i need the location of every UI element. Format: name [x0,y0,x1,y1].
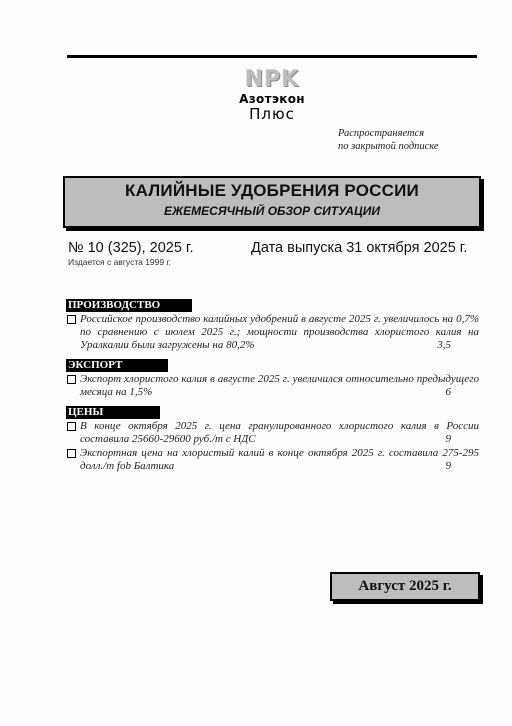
toc-item-text: Экспортная цена на хлористый калий в кон… [80,447,479,473]
toc-item[interactable]: Экспортная цена на хлористый калий в кон… [67,447,479,473]
logo-azotekon: Азотэкон [232,92,312,106]
checkbox-bullet-icon [67,449,76,458]
top-rule [67,55,477,58]
section-heading-prices: ЦЕНЫ [66,406,160,419]
toc-item[interactable]: Экспорт хлористого калия в августе 2025 … [67,373,479,399]
title-box: КАЛИЙНЫЕ УДОБРЕНИЯ РОССИИ ЕЖЕМЕСЯЧНЫЙ ОБ… [63,176,481,228]
checkbox-bullet-icon [67,375,76,384]
report-subtitle: ЕЖЕМЕСЯЧНЫЙ ОБЗОР СИТУАЦИИ [65,204,479,218]
release-date: Дата выпуска 31 октября 2025 г. [251,240,467,256]
period-box: Август 2025 г. [330,572,480,601]
toc-item-page: 6 [446,386,452,399]
toc-item-page: 9 [446,433,452,446]
logo-plus: Плюс [232,106,312,123]
toc-item-page: 9 [446,460,452,473]
toc-item[interactable]: Российское производство калийных удобрен… [67,313,479,352]
toc-item-text: Российское производство калийных удобрен… [80,313,479,352]
report-title: КАЛИЙНЫЕ УДОБРЕНИЯ РОССИИ [65,181,479,201]
issue-number: № 10 (325), 2025 г. [68,240,193,256]
distribution-line-1: Распространяется [338,127,488,140]
logo-npk: NPK [232,68,312,92]
distribution-line-2: по закрытой подписке [338,140,488,153]
section-heading-production: ПРОИЗВОДСТВО [66,299,192,312]
toc-item-page: 3,5 [437,339,451,352]
toc-item-text: В конце октября 2025 г. цена гранулирова… [80,420,479,446]
checkbox-bullet-icon [67,315,76,324]
toc-item-text: Экспорт хлористого калия в августе 2025 … [80,373,479,399]
section-heading-export: ЭКСПОРТ [66,359,168,372]
publisher-logo: NPK Азотэкон Плюс [232,68,312,123]
distribution-note: Распространяется по закрытой подписке [338,127,488,153]
published-since: Издается с августа 1999 г. [68,257,171,267]
toc-item[interactable]: В конце октября 2025 г. цена гранулирова… [67,420,479,446]
checkbox-bullet-icon [67,422,76,431]
